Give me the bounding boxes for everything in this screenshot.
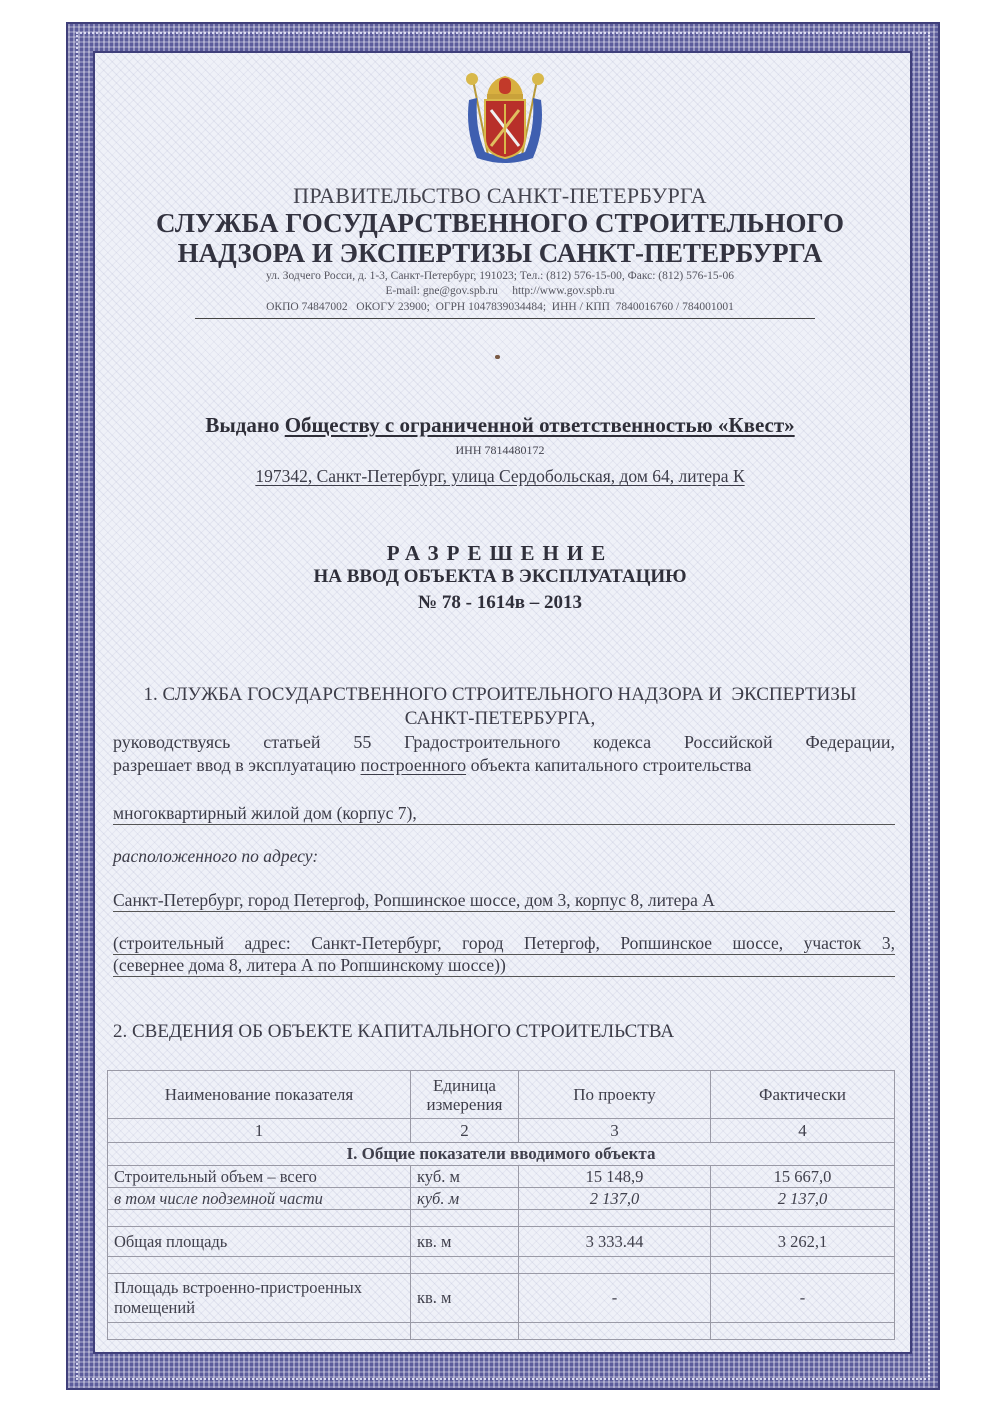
contact-address: ул. Зодчего Росси, д. 1-3, Санкт-Петербу… bbox=[0, 270, 1000, 282]
row-unit: кв. м bbox=[411, 1227, 519, 1257]
col-header-unit-line1: Единица bbox=[417, 1076, 512, 1095]
row-project: 15 148,9 bbox=[519, 1166, 711, 1188]
service-name-line2: НАДЗОРА И ЭКСПЕРТИЗЫ САНКТ-ПЕТЕРБУРГА bbox=[0, 238, 1000, 269]
table-section-title: I. Общие показатели вводимого объекта bbox=[108, 1143, 895, 1166]
object-address: Санкт-Петербург, город Петергоф, Ропшинс… bbox=[113, 889, 895, 912]
building-address-line1: (строительный адрес: Санкт-Петербург, го… bbox=[113, 932, 895, 955]
section2-heading: 2. СВЕДЕНИЯ ОБ ОБЪЕКТЕ КАПИТАЛЬНОГО СТРО… bbox=[113, 1021, 674, 1043]
table-row: в том числе подземной части куб. м 2 137… bbox=[108, 1188, 895, 1210]
recipient-inn: ИНН 7814480172 bbox=[0, 443, 1000, 458]
col-header-unit-line2: измерения bbox=[417, 1095, 512, 1114]
recipient-address-block: 197342, Санкт-Петербург, улица Сердоболь… bbox=[0, 466, 1000, 487]
table-spacer-row bbox=[108, 1210, 895, 1227]
col-header-name: Наименование показателя bbox=[108, 1071, 411, 1119]
row-name-line2: помещений bbox=[114, 1298, 404, 1318]
object-name: многоквартирный жилой дом (корпус 7), bbox=[113, 802, 895, 825]
col-number-3: 3 bbox=[519, 1119, 711, 1143]
row-name: Площадь встроенно-пристроенных помещений bbox=[108, 1274, 411, 1323]
col-header-actual: Фактически bbox=[711, 1071, 895, 1119]
issued-recipient: Обществу с ограниченной ответственностью… bbox=[285, 413, 795, 437]
row-project: 3 333.44 bbox=[519, 1227, 711, 1257]
header-divider bbox=[195, 318, 815, 319]
section1-heading-line1: 1. СЛУЖБА ГОСУДАРСТВЕННОГО СТРОИТЕЛЬНОГО… bbox=[100, 683, 900, 707]
document-number: № 78 - 1614в – 2013 bbox=[0, 592, 1000, 614]
section1-body: руководствуясь статьей 55 Градостроитель… bbox=[113, 731, 895, 777]
document-title: РАЗРЕШЕНИЕ bbox=[0, 541, 1000, 566]
table-spacer-row bbox=[108, 1323, 895, 1340]
issued-to: Выдано Обществу с ограниченной ответстве… bbox=[0, 413, 1000, 438]
row-actual: - bbox=[711, 1274, 895, 1323]
row-project: 2 137,0 bbox=[519, 1188, 711, 1210]
address-label: расположенного по адресу: bbox=[113, 846, 318, 867]
col-number-4: 4 bbox=[711, 1119, 895, 1143]
row-unit: кв. м bbox=[411, 1274, 519, 1323]
table-spacer-row bbox=[108, 1257, 895, 1274]
contact-codes: ОКПО 74847002 ОКОГУ 23900; ОГРН 10478390… bbox=[0, 301, 1000, 313]
col-header-unit: Единица измерения bbox=[411, 1071, 519, 1119]
contact-web: E-mail: gne@gov.spb.ru http://www.gov.sp… bbox=[0, 285, 1000, 297]
issued-prefix: Выдано bbox=[205, 413, 279, 437]
service-name-line1: СЛУЖБА ГОСУДАРСТВЕННОГО СТРОИТЕЛЬНОГО bbox=[0, 208, 1000, 239]
government-name: ПРАВИТЕЛЬСТВО САНКТ-ПЕТЕРБУРГА bbox=[0, 183, 1000, 209]
col-header-project: По проекту bbox=[519, 1071, 711, 1119]
section1-body-line2a: разрешает ввод в эксплуатацию bbox=[113, 755, 361, 775]
document-subtitle: НА ВВОД ОБЪЕКТА В ЭКСПЛУАТАЦИЮ bbox=[0, 566, 1000, 588]
section1-body-line1: руководствуясь статьей 55 Градостроитель… bbox=[113, 731, 895, 754]
paper-speck bbox=[495, 355, 500, 359]
object-specs-table: Наименование показателя Единица измерени… bbox=[107, 1070, 895, 1340]
table-section-row: I. Общие показатели вводимого объекта bbox=[108, 1143, 895, 1166]
table-row: Площадь встроенно-пристроенных помещений… bbox=[108, 1274, 895, 1323]
col-number-2: 2 bbox=[411, 1119, 519, 1143]
section1-heading: 1. СЛУЖБА ГОСУДАРСТВЕННОГО СТРОИТЕЛЬНОГО… bbox=[100, 683, 900, 731]
row-name: Строительный объем – всего bbox=[108, 1166, 411, 1188]
col-number-1: 1 bbox=[108, 1119, 411, 1143]
building-address-line2: (севернее дома 8, литера А по Ропшинском… bbox=[113, 954, 895, 977]
table-header-row: Наименование показателя Единица измерени… bbox=[108, 1071, 895, 1119]
coat-of-arms-icon bbox=[455, 70, 555, 170]
section1-heading-line2: САНКТ-ПЕТЕРБУРГА, bbox=[100, 707, 900, 731]
table-row: Строительный объем – всего куб. м 15 148… bbox=[108, 1166, 895, 1188]
section1-body-built: построенного bbox=[361, 755, 467, 775]
row-unit: куб. м bbox=[411, 1166, 519, 1188]
row-name: в том числе подземной части bbox=[108, 1188, 411, 1210]
recipient-address: 197342, Санкт-Петербург, улица Сердоболь… bbox=[255, 466, 744, 486]
section1-body-line2b: объекта капитального строительства bbox=[466, 755, 751, 775]
table-row: Общая площадь кв. м 3 333.44 3 262,1 bbox=[108, 1227, 895, 1257]
table-number-row: 1 2 3 4 bbox=[108, 1119, 895, 1143]
row-actual: 15 667,0 bbox=[711, 1166, 895, 1188]
row-name-line1: Площадь встроенно-пристроенных bbox=[114, 1278, 404, 1298]
row-actual: 3 262,1 bbox=[711, 1227, 895, 1257]
row-name: Общая площадь bbox=[108, 1227, 411, 1257]
row-actual: 2 137,0 bbox=[711, 1188, 895, 1210]
row-unit: куб. м bbox=[411, 1188, 519, 1210]
row-project: - bbox=[519, 1274, 711, 1323]
